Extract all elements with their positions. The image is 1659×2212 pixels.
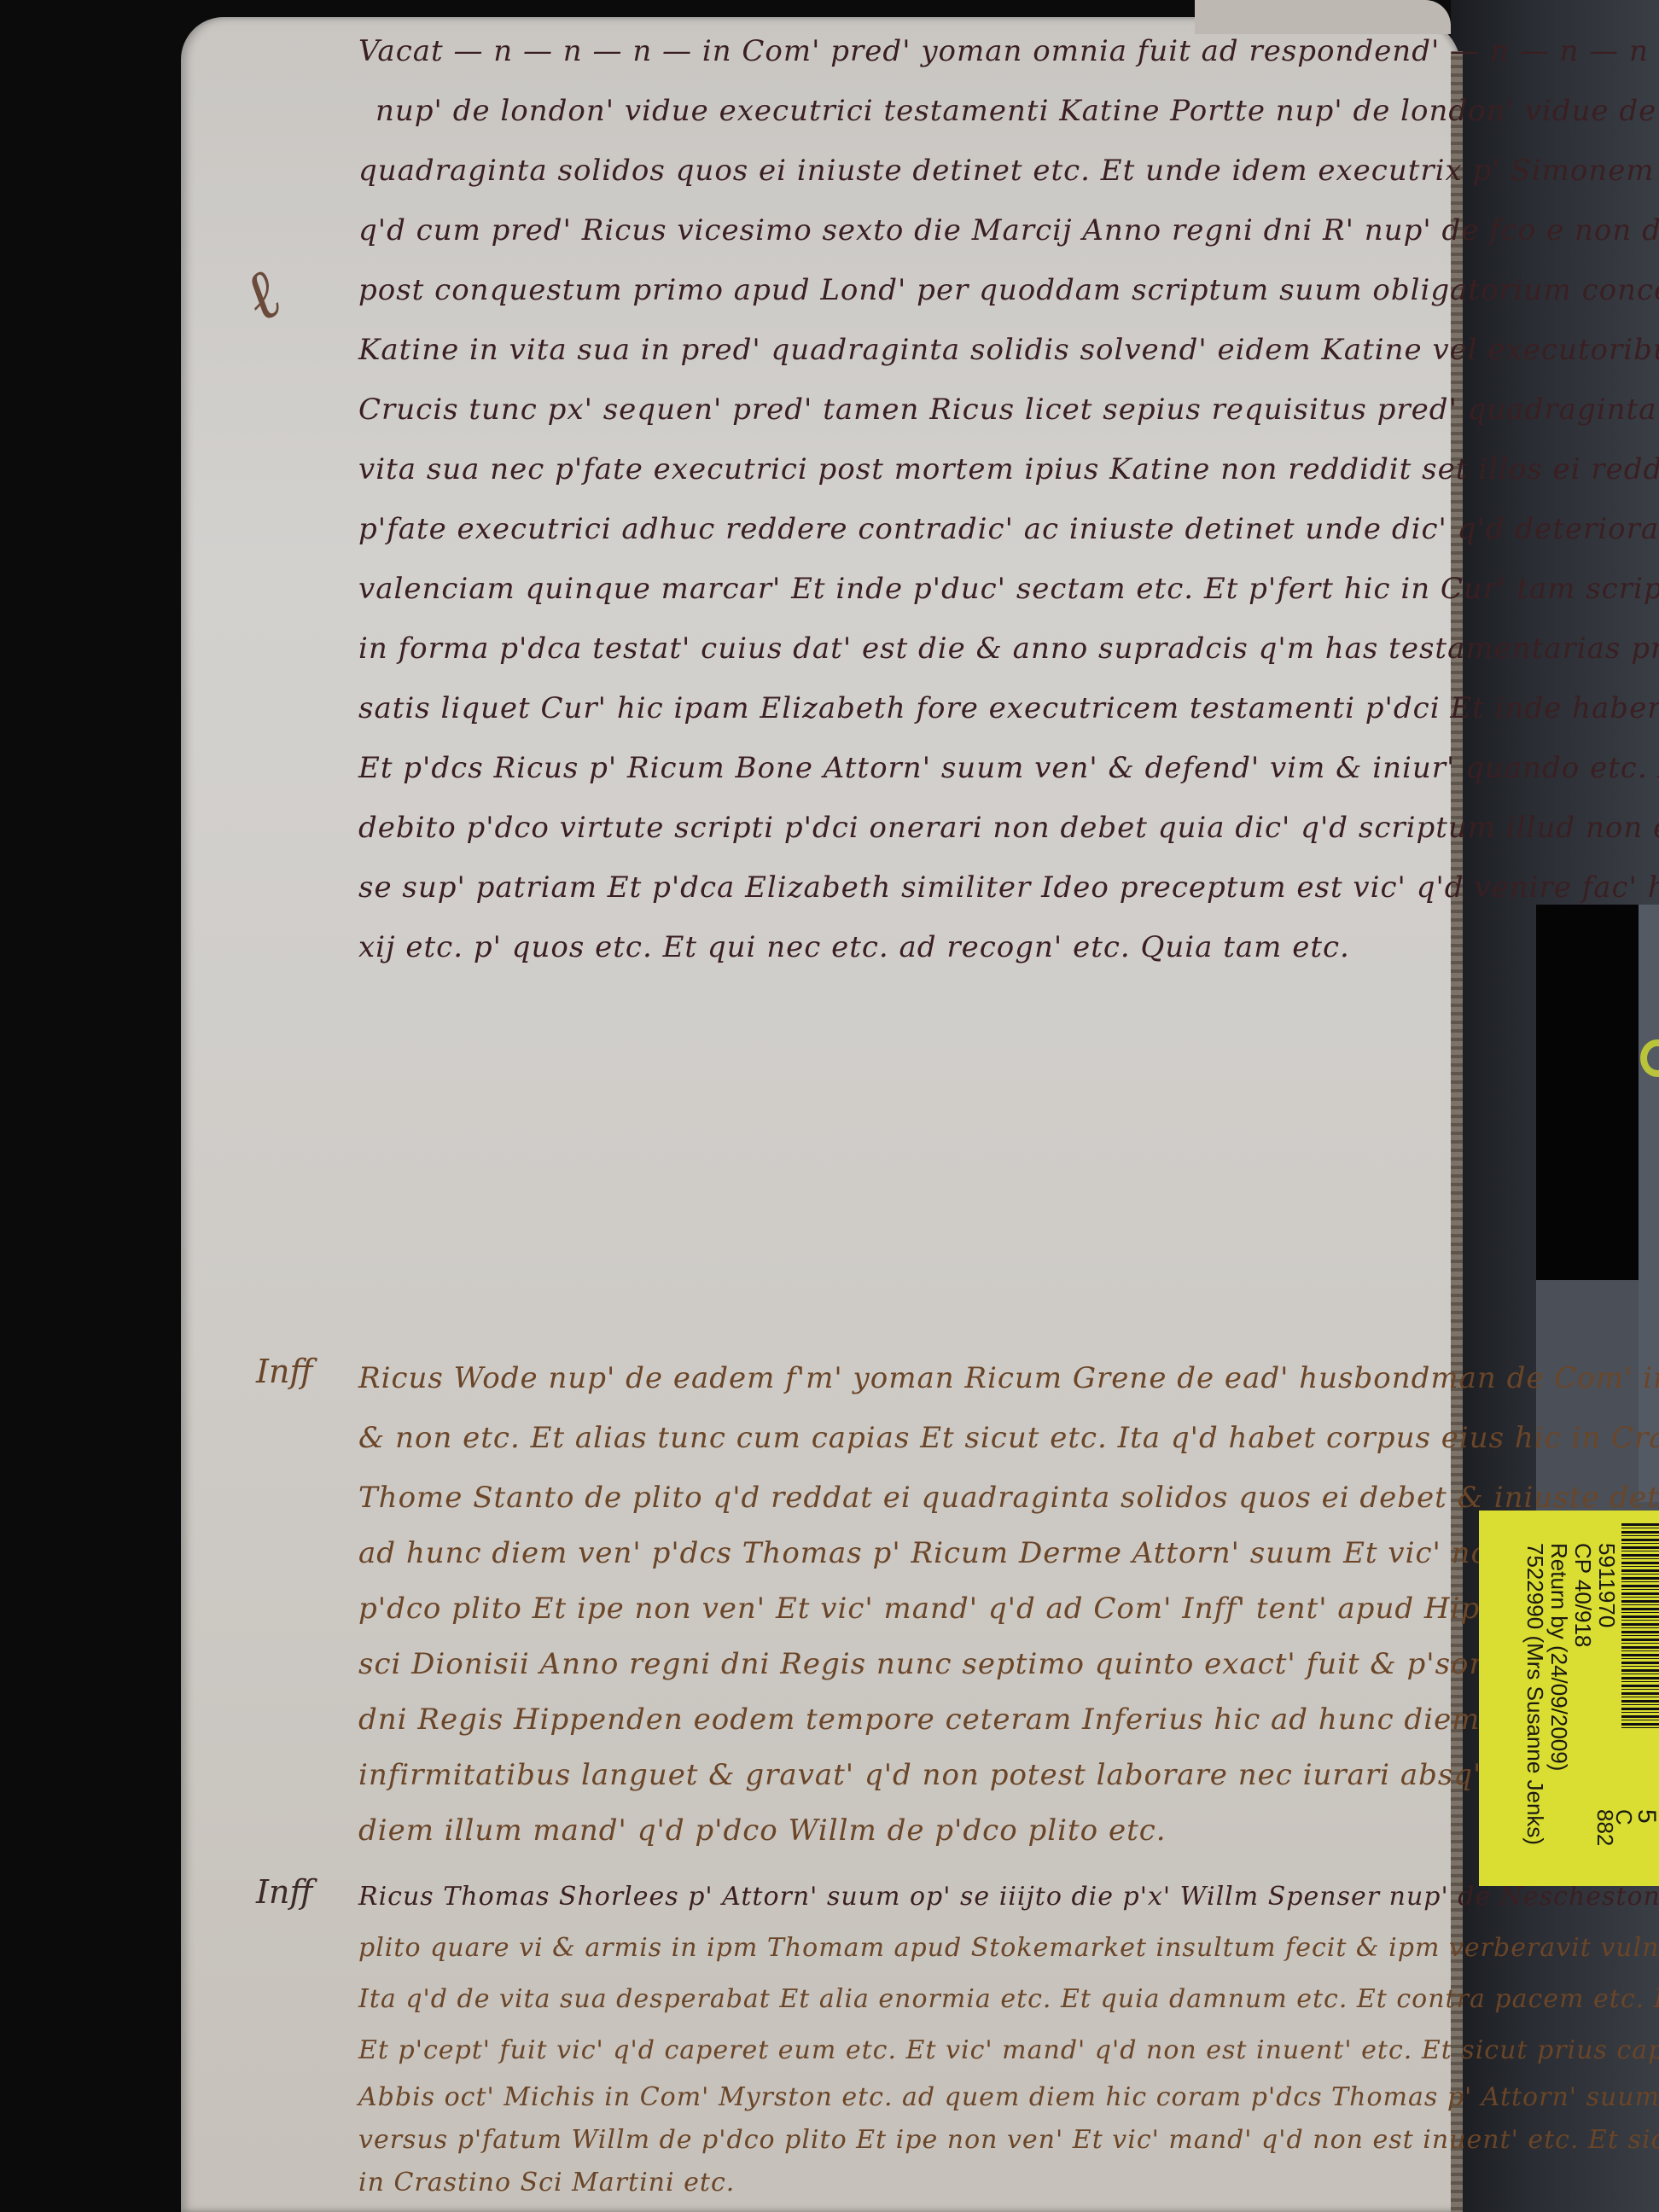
manuscript-line: p'dco plito Et ipe non ven' Et vic' mand… xyxy=(358,1592,1659,1626)
margin-annotation: Inff xyxy=(256,1873,312,1911)
manuscript-line: ad hunc diem ven' p'dcs Thomas p' Ricum … xyxy=(358,1536,1659,1570)
manuscript-line: vita sua nec p'fate executrici post mort… xyxy=(358,452,1659,486)
label-return-by: Return by (24/09/2009) xyxy=(1546,1543,1572,1771)
label-reference: CP 40/918 xyxy=(1570,1543,1596,1647)
manuscript-line: valenciam quinque marcar' Et inde p'duc'… xyxy=(358,572,1659,606)
manuscript-line: plito quare vi & armis in ipm Thomam apu… xyxy=(358,1933,1659,1963)
manuscript-line: se sup' patriam Et p'dca Elizabeth simil… xyxy=(358,870,1659,905)
label-location-3: 882 xyxy=(1592,1809,1618,1846)
label-item-number: 5911970 xyxy=(1594,1543,1620,1627)
manuscript-line: q'd cum pred' Ricus vicesimo sexto die M… xyxy=(358,213,1659,247)
line-heading: Vacat — n — n — n — in Com' pred' yoman … xyxy=(358,34,1649,68)
manuscript-line: Ricus Wode nup' de eadem f'm' yoman Ricu… xyxy=(358,1361,1659,1395)
manuscript-line: nup' de london' vidue executrici testame… xyxy=(375,94,1659,128)
margin-annotation: Inff xyxy=(256,1353,312,1390)
manuscript-line: Thome Stanto de plito q'd reddat ei quad… xyxy=(358,1481,1659,1515)
manuscript-line: satis liquet Cur' hic ipam Elizabeth for… xyxy=(358,691,1659,725)
manuscript-line: Ita q'd de vita sua desperabat Et alia e… xyxy=(358,1984,1659,2014)
manuscript-line: & non etc. Et alias tunc cum capias Et s… xyxy=(358,1421,1659,1455)
manuscript-line: Ricus Thomas Shorlees p' Attorn' suum op… xyxy=(358,1882,1659,1912)
manuscript-line: diem illum mand' q'd p'dco Willm de p'dc… xyxy=(358,1813,1167,1848)
manuscript-line: Et p'dcs Ricus p' Ricum Bone Attorn' suu… xyxy=(358,751,1659,785)
manuscript-line: Katine in vita sua in pred' quadraginta … xyxy=(358,333,1659,367)
manuscript-line: sci Dionisii Anno regni dni Regis nunc s… xyxy=(358,1647,1659,1681)
page-top-fold xyxy=(1195,0,1451,34)
manuscript-line: in Crastino Sci Martini etc. xyxy=(358,2168,735,2197)
manuscript-line: post conquestum primo apud Lond' per quo… xyxy=(358,273,1659,307)
barcode xyxy=(1621,1523,1659,1728)
manuscript-line: Crucis tunc px' sequen' pred' tamen Ricu… xyxy=(358,393,1659,427)
manuscript-line: Et p'cept' fuit vic' q'd caperet eum etc… xyxy=(358,2035,1659,2065)
manuscript-line: infirmitatibus languet & gravat' q'd non… xyxy=(358,1758,1659,1792)
dark-object xyxy=(1536,905,1639,1280)
manuscript-line: Abbis oct' Michis in Com' Myrston etc. a… xyxy=(358,2082,1659,2112)
manuscript-line: dni Regis Hippenden eodem tempore cetera… xyxy=(358,1703,1659,1737)
manuscript-line: debito p'dco virtute scripti p'dci onera… xyxy=(358,811,1659,845)
label-location-1: 5 xyxy=(1633,1809,1659,1824)
grey-panel xyxy=(1639,905,1659,1502)
manuscript-line: in forma p'dca testat' cuius dat' est di… xyxy=(358,632,1659,666)
manuscript-line: versus p'fatum Willm de p'dco plito Et i… xyxy=(358,2125,1659,2155)
label-reader: 7522990 (Mrs Susanne Jenks) xyxy=(1522,1543,1548,1845)
manuscript-line: p'fate executrici adhuc reddere contradi… xyxy=(358,512,1659,546)
manuscript-line: xij etc. p' quos etc. Et qui nec etc. ad… xyxy=(358,930,1350,964)
manuscript-line: quadraginta solidos quos ei iniuste deti… xyxy=(358,154,1659,188)
